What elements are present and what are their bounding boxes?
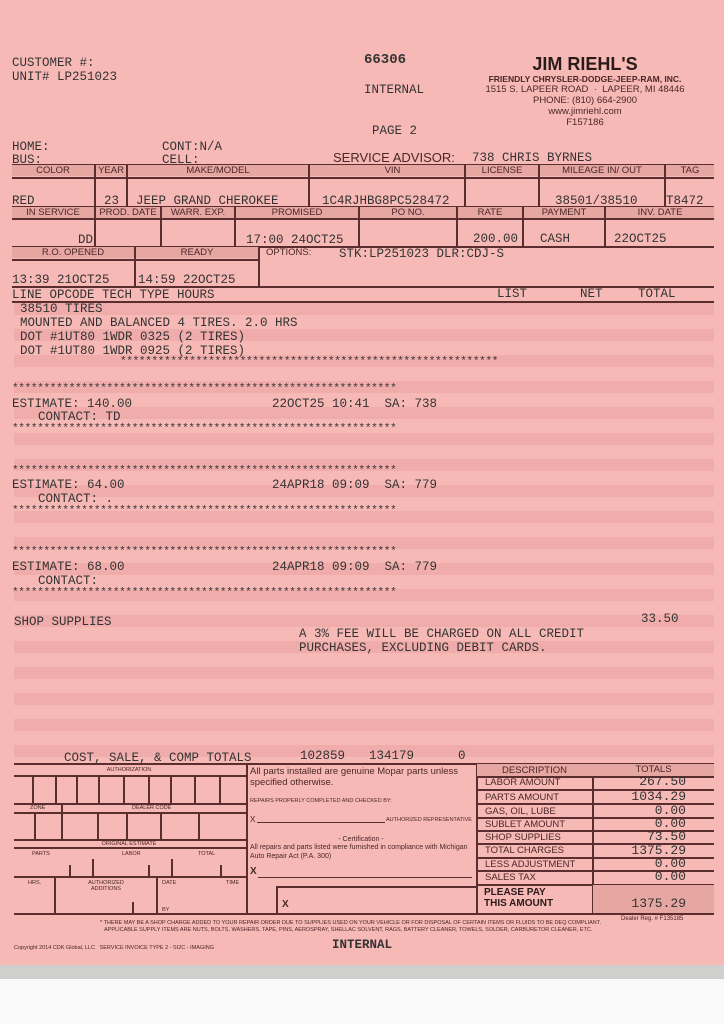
unit-number: UNIT# LP251023: [12, 70, 117, 84]
parts-label: PARTS: [32, 851, 50, 857]
line-item: 38510 TIRES: [20, 302, 103, 316]
col-header-rate: RATE: [458, 207, 522, 218]
service-advisor-label: SERVICE ADVISOR:: [333, 150, 455, 165]
date-label: DATE: [162, 880, 176, 886]
lines-header-list: LIST: [497, 287, 527, 301]
col-header-payment: PAYMENT: [524, 207, 604, 218]
col-header-vin: VIN: [310, 165, 475, 176]
total-label: TOTAL: [198, 851, 215, 857]
estimate-contact: CONTACT: .: [38, 492, 113, 506]
hrs-label: HRS.: [28, 880, 41, 886]
col-header-ready: READY: [136, 247, 258, 258]
copy-type: INTERNAL: [364, 83, 424, 97]
estimate-amount: ESTIMATE: 68.00: [12, 560, 125, 574]
dealer-name: JIM RIEHL'S: [470, 54, 700, 75]
dealer-subtitle: FRIENDLY CHRYSLER-DODGE-JEEP-RAM, INC.: [470, 74, 700, 84]
cost-total: 102859: [300, 749, 345, 763]
col-header-mileage: MILEAGE IN/ OUT: [540, 165, 664, 176]
invoice-page: CUSTOMER #: UNIT# LP251023 66306 INTERNA…: [0, 0, 724, 965]
certification-text: All repairs and parts listed were furnis…: [250, 843, 472, 861]
separator-stars: ****************************************…: [12, 465, 396, 477]
totals-row-label: PARTS AMOUNT: [485, 792, 559, 803]
col-header-make-model: MAKE/MODEL: [128, 165, 308, 176]
payment-value: CASH: [540, 232, 570, 246]
scan-edge: [0, 965, 724, 979]
ready-value: 14:59 22OCT25: [138, 273, 236, 287]
authorized-representative-label: AUTHORIZED REPRESENTATIVE: [386, 817, 472, 823]
checked-by-label: REPAIRS PROPERLY COMPLETED AND CHECKED B…: [250, 798, 392, 804]
estimate-stamp: 22OCT25 10:41 SA: 738: [272, 397, 437, 411]
please-pay-label-1: PLEASE PAY: [484, 887, 546, 898]
page-number: PAGE 2: [372, 124, 417, 138]
separator-stars: ****************************************…: [12, 383, 396, 395]
totals-row-label: LESS ADJUSTMENT: [485, 859, 575, 870]
customer-number-label: CUSTOMER #:: [12, 56, 95, 70]
totals-row-value: 267.50: [639, 774, 686, 789]
totals-row-value: 1034.29: [631, 789, 686, 804]
col-header-inv-date: INV. DATE: [606, 207, 714, 218]
ro-opened-value: 13:39 21OCT25: [12, 273, 110, 287]
lines-header-left: LINE OPCODE TECH TYPE HOURS: [12, 288, 215, 302]
estimate-stamp: 24APR18 09:09 SA: 779: [272, 478, 437, 492]
lines-header-total: TOTAL: [638, 287, 676, 301]
totals-row-label: SALES TAX: [485, 872, 536, 883]
col-header-year: YEAR: [96, 165, 126, 176]
line-item: MOUNTED AND BALANCED 4 TIRES. 2.0 HRS: [20, 316, 298, 330]
dealer-address: 1515 S. LAPEER ROAD · LAPEER, MI 48446: [470, 84, 700, 95]
please-pay-label-2: THIS AMOUNT: [484, 898, 553, 909]
credit-notice-line-1: A 3% FEE WILL BE CHARGED ON ALL CREDIT: [299, 627, 584, 641]
dealer-code: F157186: [470, 117, 700, 128]
credit-notice-line-2: PURCHASES, EXCLUDING DEBIT CARDS.: [299, 641, 547, 655]
totals-row-value: 0.00: [655, 869, 686, 884]
service-advisor-value: 738 CHRIS BYRNES: [472, 151, 592, 165]
shop-supplies-label: SHOP SUPPLIES: [14, 615, 112, 629]
estimate-stamp: 24APR18 09:09 SA: 779: [272, 560, 437, 574]
time-label: TIME: [226, 880, 239, 886]
col-header-warr-exp: WARR. EXP.: [162, 207, 234, 218]
totals-row-value: 73.50: [647, 829, 686, 844]
footer-copy-type: INTERNAL: [332, 938, 392, 952]
options-value: STK:LP251023 DLR:CDJ-S: [339, 247, 504, 261]
copyright: Copyright 2014 CDK Global, LLC SERVICE I…: [14, 945, 214, 951]
dealer-registration: Dealer Reg. # F135185: [621, 916, 683, 922]
footer-note-1: * THERE MAY BE A SHOP CHARGE ADDED TO YO…: [100, 920, 601, 926]
signature-x: X: [250, 866, 257, 877]
col-header-in-service: IN SERVICE: [12, 207, 94, 218]
certification-title: - Certification -: [250, 836, 472, 843]
dealer-website: www.jimriehl.com: [470, 106, 700, 117]
col-header-promised: PROMISED: [236, 207, 358, 218]
totals-row-label: SHOP SUPPLIES: [485, 832, 561, 843]
estimate-amount: ESTIMATE: 140.00: [12, 397, 132, 411]
col-header-color: COLOR: [12, 165, 94, 176]
separator-stars: ****************************************…: [120, 356, 498, 368]
sale-total: 134179: [369, 749, 414, 763]
inv-date-value: 22OCT25: [614, 232, 667, 246]
please-pay-amount: 1375.29: [631, 896, 686, 911]
estimate-contact: CONTACT: TD: [38, 410, 121, 424]
totals-row-label: LABOR AMOUNT: [485, 777, 561, 788]
separator-stars: ****************************************…: [12, 546, 396, 558]
footer-note-2: APPLICABLE SUPPLY ITEMS ARE NUTS, BOLTS,…: [104, 927, 592, 933]
invoice-number: 66306: [364, 52, 406, 68]
description-header: DESCRIPTION: [477, 765, 592, 776]
totals-row-label: SUBLET AMOUNT: [485, 819, 565, 830]
dealer-phone: PHONE: (810) 664-2900: [470, 95, 700, 106]
col-header-ro-opened: R.O. OPENED: [12, 247, 134, 258]
totals-row-label: TOTAL CHARGES: [485, 845, 564, 856]
col-header-tag: TAG: [666, 165, 714, 176]
col-header-prod-date: PROD. DATE: [96, 207, 160, 218]
promised-value: 17:00 24OCT25: [246, 233, 344, 247]
shop-supplies-amount: 33.50: [641, 612, 679, 626]
separator-stars: ****************************************…: [12, 587, 396, 599]
contact-value: CONT:N/A: [162, 140, 222, 154]
separator-stars: ****************************************…: [12, 423, 396, 435]
line-item: DOT #1UT80 1WDR 0325 (2 TIRES): [20, 330, 245, 344]
totals-row-label: GAS, OIL, LUBE: [485, 806, 556, 817]
estimate-amount: ESTIMATE: 64.00: [12, 478, 125, 492]
col-header-license: LICENSE: [466, 165, 538, 176]
labor-label: LABOR: [122, 851, 141, 857]
home-label: HOME:: [12, 140, 50, 154]
comp-total: 0: [458, 749, 466, 763]
col-header-po-no: PO NO.: [360, 207, 456, 218]
dealer-code-label: DEALER CODE: [132, 805, 171, 811]
authorized-additions-label: AUTHORIZED ADDITIONS: [84, 880, 128, 892]
authorization-label: AUTHORIZATION: [14, 767, 244, 773]
signature-x: X: [282, 899, 289, 910]
in-service-value: DD: [78, 233, 93, 247]
lines-header-net: NET: [580, 287, 603, 301]
signature-x: X: [250, 815, 255, 824]
options-label: OPTIONS:: [266, 247, 311, 258]
rate-value: 200.00: [473, 232, 518, 246]
mopar-statement: All parts installed are genuine Mopar pa…: [250, 766, 475, 788]
estimate-contact: CONTACT:: [38, 574, 98, 588]
zone-label: ZONE: [30, 805, 45, 811]
separator-stars: ****************************************…: [12, 505, 396, 517]
